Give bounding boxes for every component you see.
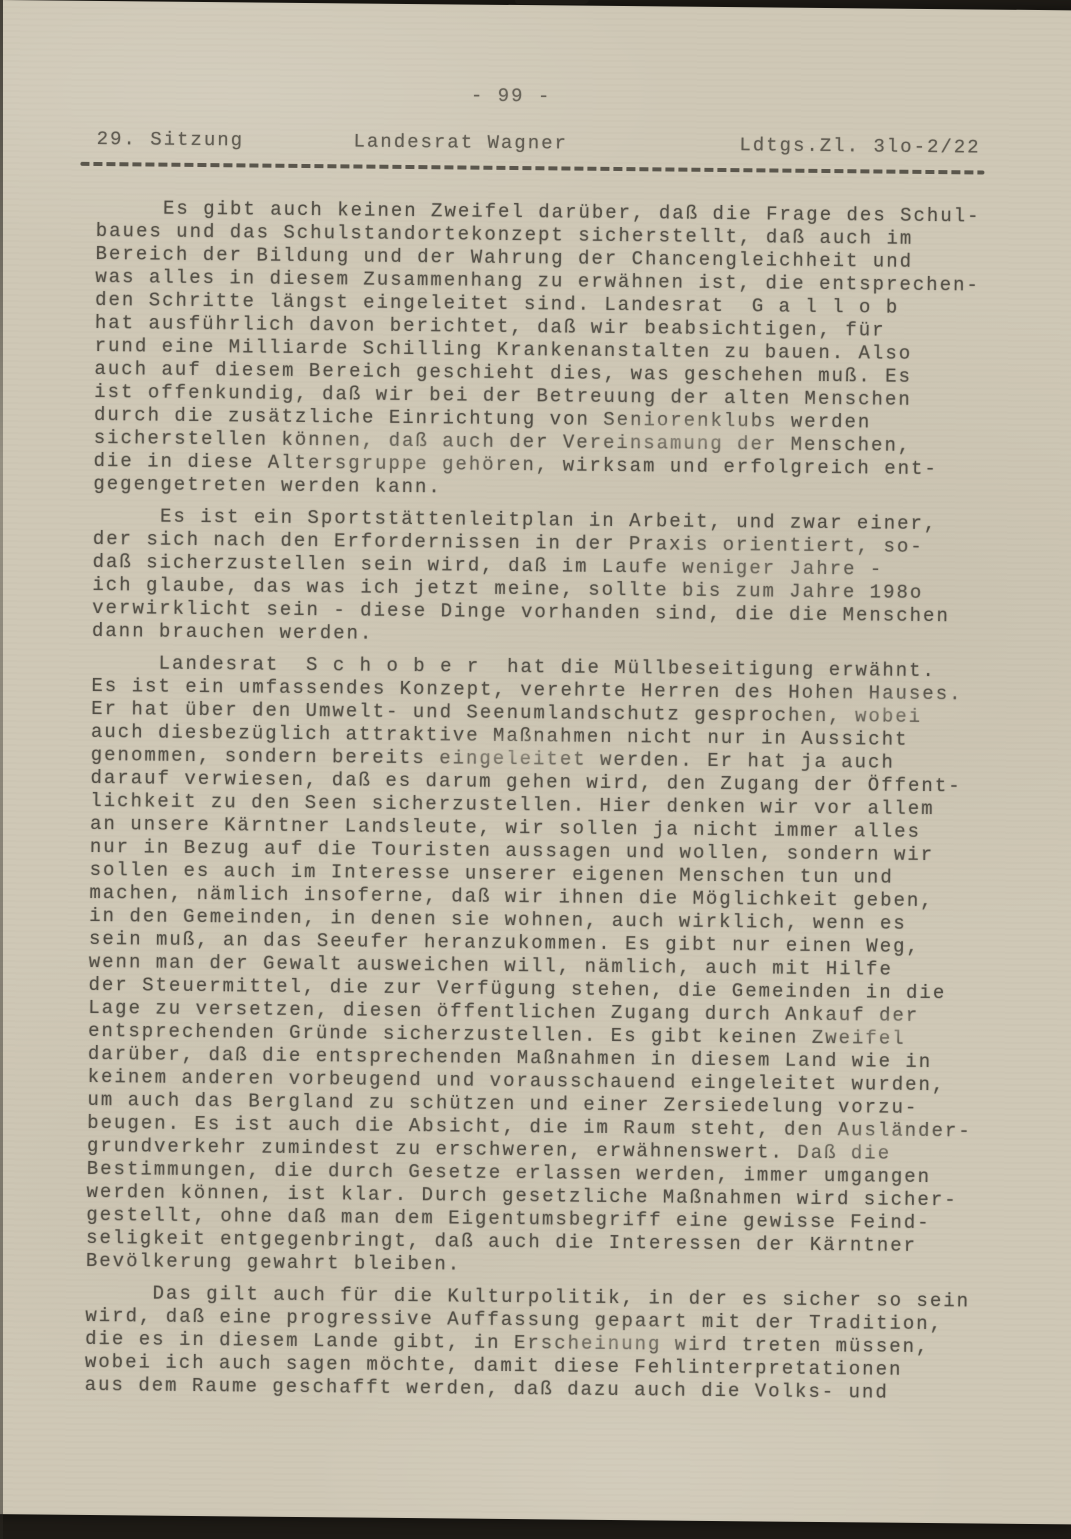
paragraph: Es gibt auch keinen Zweifel darüber, daß…: [93, 197, 1020, 505]
document-body: Es gibt auch keinen Zweifel darüber, daß…: [85, 197, 1021, 1415]
header-rule: [80, 162, 984, 175]
scan-background: - 99 - 29. Sitzung Landesrat Wagner Ldtg…: [0, 0, 1071, 1539]
paper-sheet: - 99 - 29. Sitzung Landesrat Wagner Ldtg…: [0, 0, 1071, 1524]
paragraph: Das gilt auch für die Kulturpolitik, in …: [85, 1282, 1010, 1406]
scan-edge-notch: [515, 0, 589, 4]
paragraph: Landesrat S c h o b e r hat die Müllbese…: [86, 652, 1016, 1282]
document-reference: Ldtgs.Zl. 3lo-2/22: [739, 134, 980, 158]
scan-left-edge: [0, 0, 3, 1539]
session-label: 29. Sitzung: [97, 128, 245, 151]
paragraph: Es ist ein Sportstättenleitplan in Arbei…: [92, 505, 1017, 652]
page-number: - 99 -: [431, 84, 591, 108]
document-header: 29. Sitzung Landesrat Wagner Ldtgs.Zl. 3…: [97, 128, 981, 158]
speaker-name: Landesrat Wagner: [353, 130, 568, 154]
